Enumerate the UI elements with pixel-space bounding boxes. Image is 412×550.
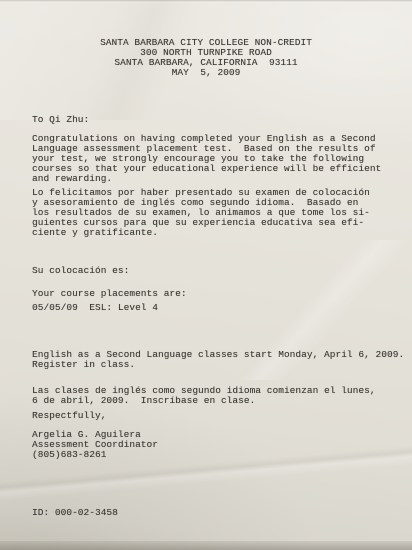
photo-top-edge [0,0,412,3]
letterhead: SANTA BARBARA CITY COLLEGE NON-CREDIT 30… [0,38,412,78]
letter-date: MAY 5, 2009 [0,68,412,78]
photo-bottom-edge [0,541,412,550]
placement-result: 05/05/09 ESL: Level 4 [32,303,412,313]
signature-block: Argelia G. Aguilera Assessment Coordinat… [32,430,412,460]
placement-label-english: Your course placements are: [32,289,412,299]
student-id: ID: 000-02-3458 [32,508,412,518]
class-start-notice-english: English as a Second Language classes sta… [32,350,412,370]
congratulations-paragraph-spanish: Lo felicitamos por haber presentado su e… [32,188,412,238]
placement-label-spanish: Su colocación es: [32,266,412,276]
letter-photo: SANTA BARBARA CITY COLLEGE NON-CREDIT 30… [0,0,412,550]
congratulations-paragraph-english: Congratulations on having completed your… [32,134,412,184]
salutation: To Qi Zhu: [32,115,412,125]
closing: Respectfully, [32,411,412,421]
class-start-notice-spanish: Las clases de inglés como segundo idioma… [32,386,412,406]
letter-page: SANTA BARBARA CITY COLLEGE NON-CREDIT 30… [0,0,412,550]
